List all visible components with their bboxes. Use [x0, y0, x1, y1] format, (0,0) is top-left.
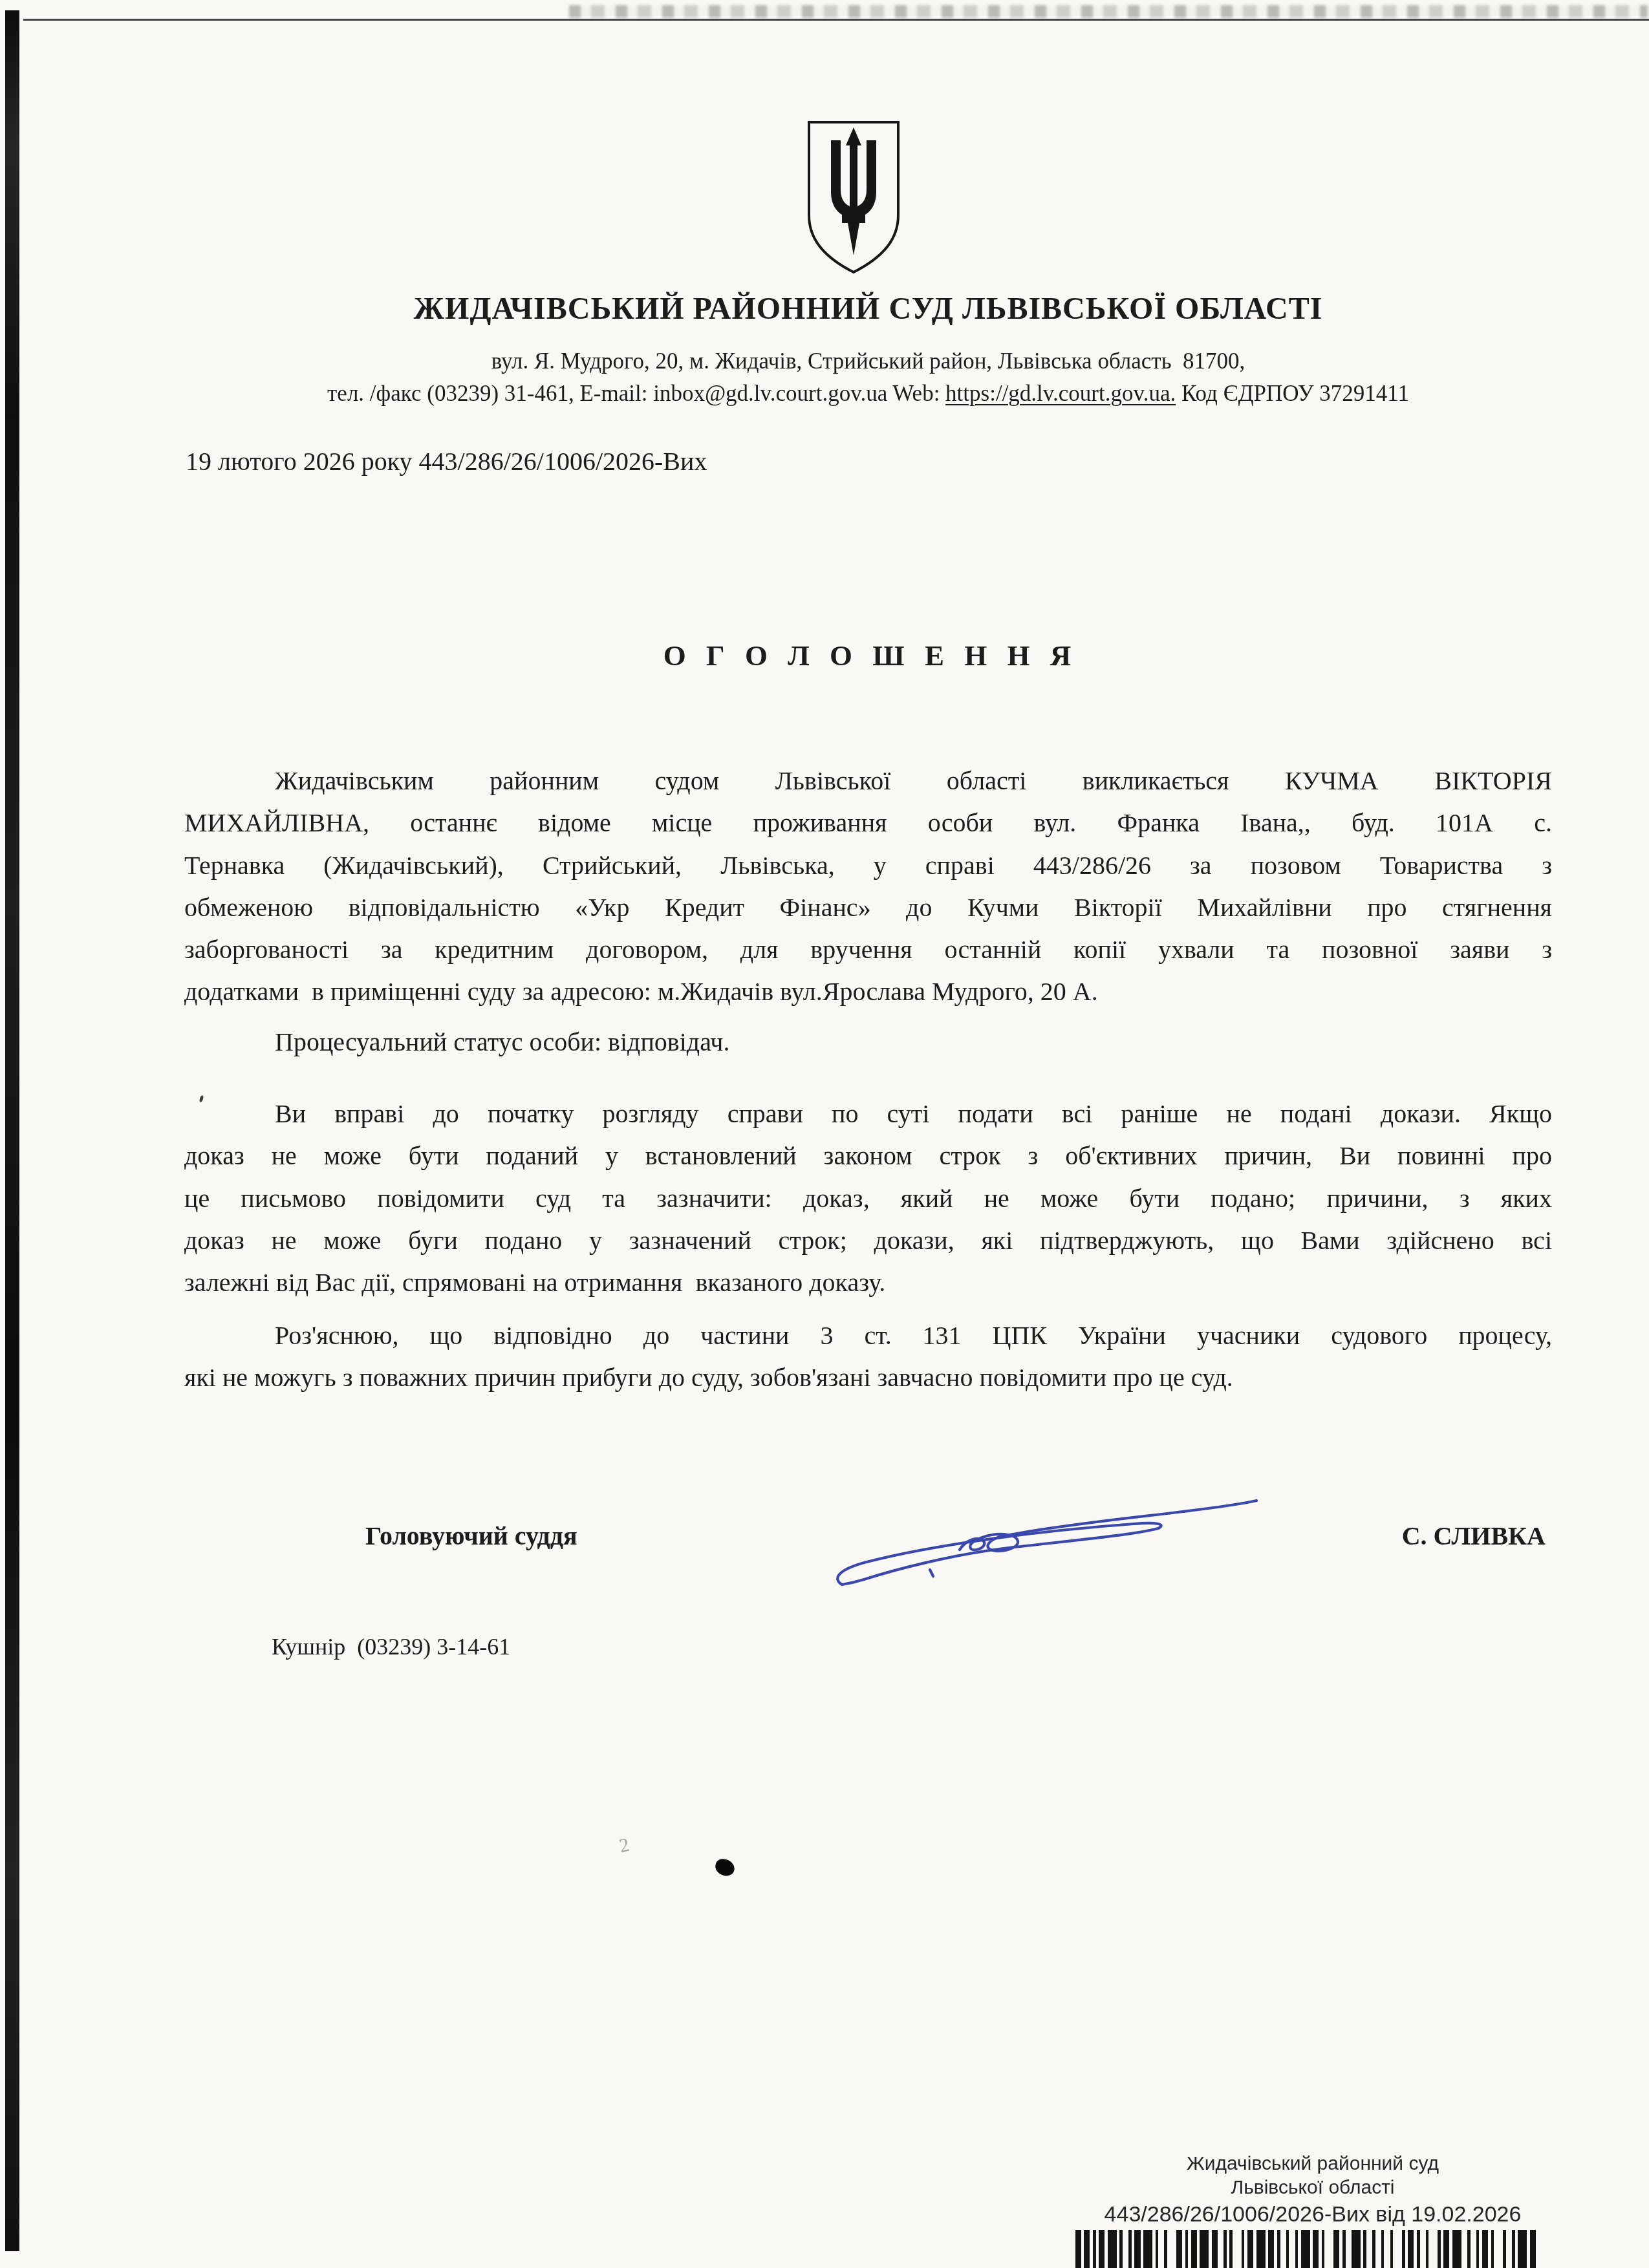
barcode-bar — [1443, 2230, 1449, 2268]
document-title: О Г О Л О Ш Е Н Н Я — [184, 639, 1552, 672]
paragraph-line: обмеженою відповідальністю «Укр Кредит Ф… — [184, 886, 1552, 928]
barcode-gap — [1461, 2230, 1467, 2268]
footer-ref-number: 443/286/26/1006/2026-Вих від 19.02.2026 — [1064, 2201, 1562, 2227]
barcode-gap — [1428, 2230, 1438, 2268]
barcode-bar — [1530, 2230, 1536, 2268]
ukraine-trident-emblem-icon — [805, 118, 902, 281]
barcode-bar — [1256, 2230, 1266, 2268]
scan-top-smudge — [569, 5, 1648, 18]
judge-role-label: Головуючий суддя — [184, 1521, 577, 1551]
barcode-bar — [1084, 2230, 1090, 2268]
barcode-gap — [1471, 2230, 1476, 2268]
barcode-gap — [1375, 2230, 1381, 2268]
barcode-gap — [1158, 2230, 1164, 2268]
barcode-bar — [1200, 2230, 1209, 2268]
court-address: вул. Я. Мудрого, 20, м. Жидачів, Стрийсь… — [184, 345, 1552, 378]
paragraph-line: Жидачівським районним судом Львівської о… — [184, 760, 1552, 802]
court-name: ЖИДАЧІВСЬКИЙ РАЙОННИЙ СУД ЛЬВІВСЬКОЇ ОБЛ… — [184, 290, 1552, 328]
barcode-gap — [1384, 2230, 1390, 2268]
footer-court-region: Львівської області — [1064, 2176, 1562, 2199]
barcode-bar — [1452, 2230, 1461, 2268]
court-website-link: https://gd.lv.court.gov.ua. — [945, 381, 1176, 406]
document-body: Жидачівським районним судом Львівської о… — [184, 760, 1552, 1398]
paragraph: Роз'яснюю, що відповідно до частини 3 ст… — [184, 1314, 1552, 1399]
barcode-bar — [1518, 2230, 1527, 2268]
paragraph-line: Роз'яснюю, що відповідно до частини 3 ст… — [184, 1314, 1552, 1356]
paragraph-line: це письмово повідомити суд та зазначити:… — [184, 1177, 1552, 1219]
barcode-gap — [1324, 2230, 1333, 2268]
barcode — [1075, 2230, 1551, 2268]
judge-name: С. СЛИВКА — [1402, 1521, 1552, 1551]
barcode-bar — [1212, 2230, 1218, 2268]
court-contacts: тел. /факс (03239) 31-461, E-mail: inbox… — [184, 378, 1552, 410]
barcode-bar — [1268, 2230, 1274, 2268]
barcode-bar — [1176, 2230, 1182, 2268]
letterhead: ЖИДАЧІВСЬКИЙ РАЙОННИЙ СУД ЛЬВІВСЬКОЇ ОБЛ… — [184, 290, 1552, 410]
paragraph-line: доказ не може бути поданий у встановлени… — [184, 1135, 1552, 1177]
barcode-gap — [1494, 2230, 1503, 2268]
paragraph-line: доказ не може буги подано у зазначений с… — [184, 1219, 1552, 1261]
paragraph-line: Тернавка (Жидачівський), Стрийський, Льв… — [184, 844, 1552, 886]
paragraph-line: залежні від Вас дії, спрямовані на отрим… — [184, 1261, 1552, 1303]
barcode-gap — [1218, 2230, 1223, 2268]
barcode-gap — [1280, 2230, 1286, 2268]
scan-edge-strip — [5, 10, 19, 2251]
barcode-gap — [1289, 2230, 1295, 2268]
barcode-bar — [1075, 2230, 1081, 2268]
paragraph-line: які не можугь з поважних причин прибуги … — [184, 1356, 1552, 1398]
scan-top-line — [23, 19, 1649, 21]
barcode-bar — [1482, 2230, 1488, 2268]
clerk-contact-line: Кушнір (03239) 3-14-61 — [272, 1633, 510, 1660]
contacts-post: Код ЄДРПОУ 37291411 — [1176, 381, 1409, 406]
barcode-gap — [1506, 2230, 1512, 2268]
scan-ink-blot — [713, 1857, 736, 1878]
barcode-gap — [1420, 2230, 1426, 2268]
paragraph: Процесуальний статус особи: відповідач. — [184, 1021, 1552, 1063]
barcode-bar — [1099, 2230, 1105, 2268]
paragraph: Ви вправі до початку розгляду справи по … — [184, 1093, 1552, 1303]
barcode-gap — [1393, 2230, 1402, 2268]
barcode-bar — [1301, 2230, 1310, 2268]
barcode-bar — [1143, 2230, 1152, 2268]
barcode-gap — [1366, 2230, 1372, 2268]
paragraph-line: Ви вправі до початку розгляду справи по … — [184, 1093, 1552, 1135]
footer-stamp: Жидачівський районний суд Львівської обл… — [1064, 2152, 1562, 2268]
barcode-bar — [1408, 2230, 1414, 2268]
handwritten-signature — [833, 1482, 1260, 1596]
barcode-gap — [1346, 2230, 1352, 2268]
scanned-court-document: ЖИДАЧІВСЬКИЙ РАЙОННИЙ СУД ЛЬВІВСЬКОЇ ОБЛ… — [0, 0, 1649, 2268]
barcode-gap — [1123, 2230, 1128, 2268]
footer-court-name: Жидачівський районний суд — [1064, 2152, 1562, 2176]
barcode-bar — [1352, 2230, 1361, 2268]
date-and-ref-number: 19 лютого 2026 року 443/286/26/1006/2026… — [186, 446, 707, 476]
scan-pencil-mark: 2 — [618, 1834, 632, 1857]
paragraph-line: заборгованості за кредитним договором, д… — [184, 928, 1552, 970]
paragraph-line: додатками в приміщенні суду за адресою: … — [184, 970, 1552, 1012]
barcode-gap — [1167, 2230, 1176, 2268]
contacts-pre: тел. /факс (03239) 31-461, E-mail: inbox… — [327, 381, 945, 406]
paragraph: Жидачівським районним судом Львівської о… — [184, 760, 1552, 1013]
paragraph-line: МИХАЙЛІВНА, останнє відоме місце прожива… — [184, 802, 1552, 844]
barcode-bar — [1108, 2230, 1117, 2268]
barcode-bar — [1191, 2230, 1197, 2268]
barcode-bar — [1333, 2230, 1339, 2268]
paragraph-line: Процесуальний статус особи: відповідач. — [184, 1021, 1552, 1063]
barcode-bar — [1134, 2230, 1140, 2268]
barcode-gap — [1233, 2230, 1242, 2268]
barcode-bar — [1313, 2230, 1319, 2268]
barcode-bar — [1247, 2230, 1253, 2268]
